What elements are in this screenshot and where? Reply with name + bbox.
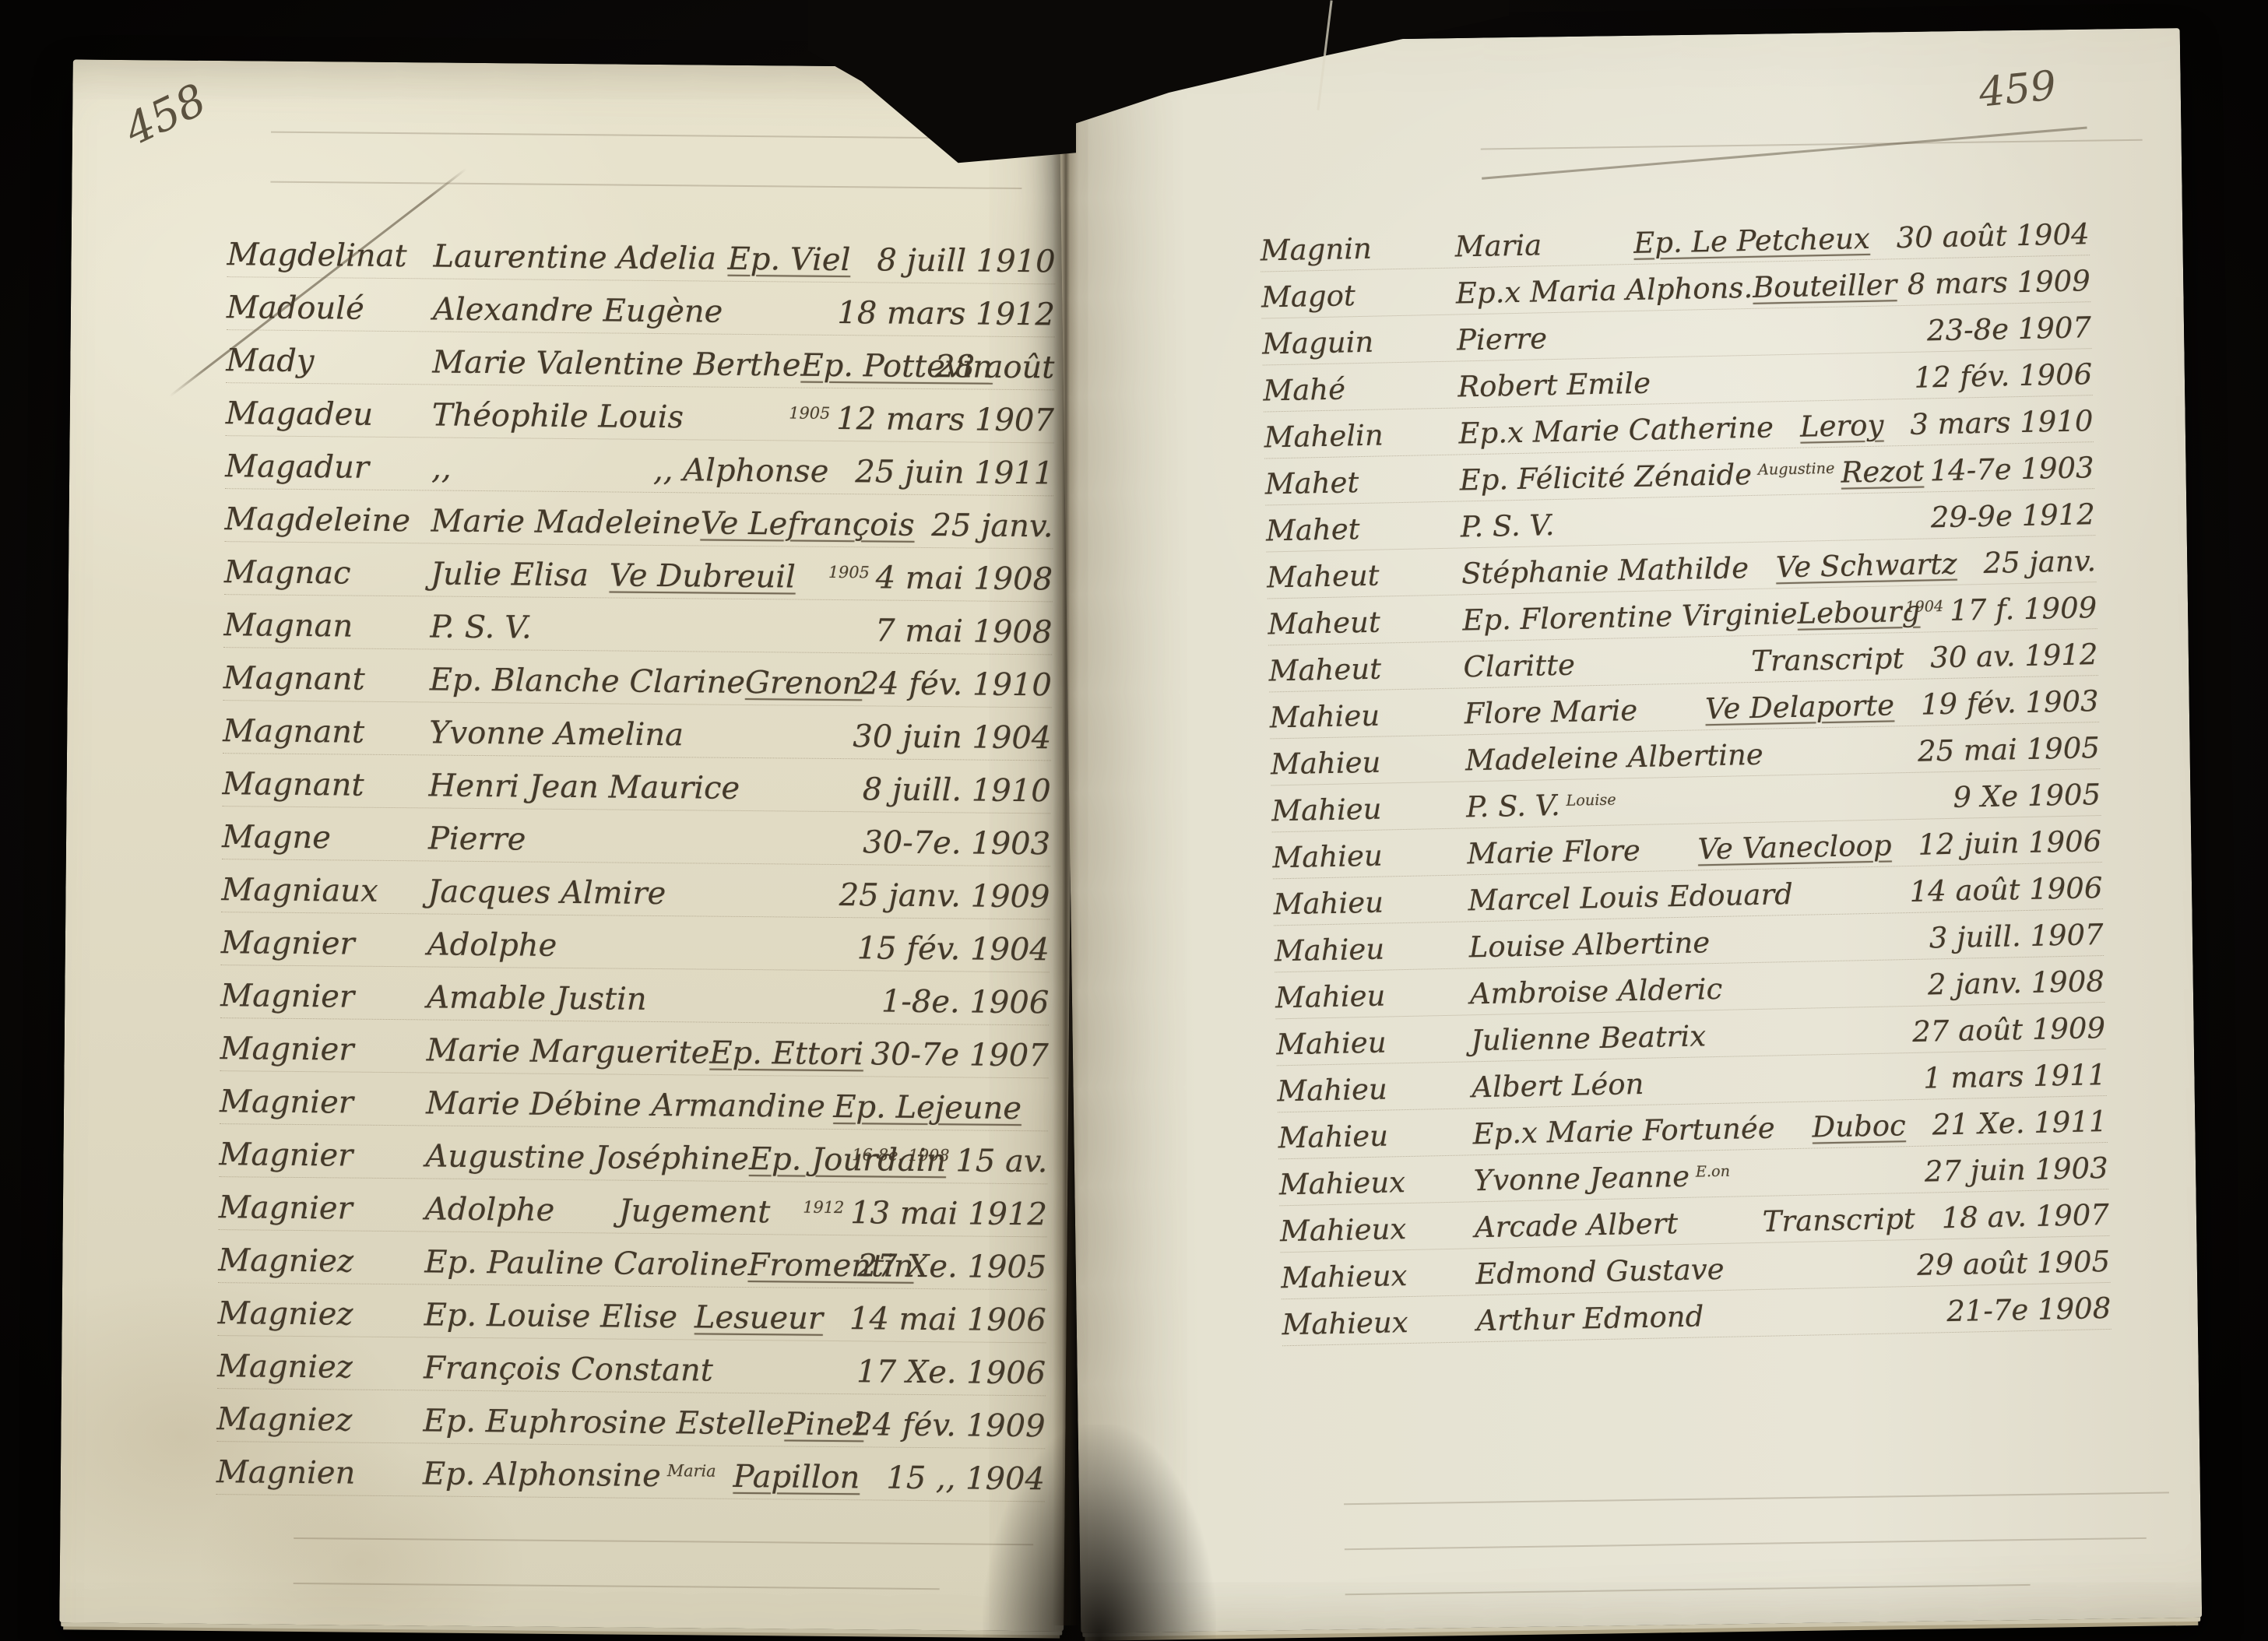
given-names: P. S. V.: [1460, 508, 1554, 543]
date: 30 av. 1912: [1930, 638, 2098, 674]
given-names: Ep. Louise Elise: [424, 1297, 678, 1335]
date: 8 juill. 1910: [863, 771, 1051, 809]
given-names: Jacques Almire: [427, 873, 666, 912]
date: 14 mai 1906: [849, 1301, 1046, 1338]
date: 7 mai 1908: [875, 613, 1053, 650]
spouse-or-note: Ep. Lejeune: [833, 1089, 1021, 1126]
date: 25 mai 1905: [1918, 731, 2101, 768]
date-cell: 18 mars 1912: [837, 295, 1055, 332]
superscript-annotation: Augustine: [1758, 459, 1835, 479]
entry-details: Ep.x Marie FortunéeDuboc: [1472, 1108, 1932, 1151]
given-names: Julienne Beatrix: [1471, 1019, 1707, 1057]
surname: Mady: [226, 343, 432, 380]
entry-details: Julie ElisaVe Dubreuil: [431, 556, 822, 595]
spouse-or-note: Ve Lefrançois: [700, 505, 915, 543]
given-names: ,,: [431, 450, 452, 486]
register-row: MagnierAdolpheJugement191213 mai 1912: [219, 1177, 1048, 1237]
surname: Magnan: [223, 607, 430, 645]
given-names: Yvonne Amelina: [429, 715, 684, 753]
surname: Magniez: [218, 1242, 424, 1280]
surname: Magne: [222, 819, 428, 856]
date-cell: 30 août 1904: [1896, 217, 2090, 255]
superscript-year: 1912: [803, 1198, 844, 1217]
entry-details: Pierre: [1457, 314, 1928, 357]
ruled-line: [270, 181, 1021, 189]
surname: Magdeleine: [224, 501, 431, 539]
spouse-or-note: Lesueur: [694, 1299, 823, 1336]
given-names: Ep. Euphrosine Estelle: [423, 1403, 784, 1442]
entry-details: Marcel Louis Edouard: [1468, 875, 1910, 917]
given-names: Amable Justin: [427, 979, 647, 1017]
given-names: Maria: [1454, 228, 1542, 263]
entry-details: Marie MargueriteEp. Ettori: [426, 1032, 870, 1072]
date-cell: 14 août 1906: [1909, 871, 2103, 908]
date-cell: 24 fév. 1909: [853, 1407, 1046, 1444]
entry-details: Amable Justin: [427, 979, 881, 1019]
surname: Magnac: [224, 554, 431, 592]
register-row: MagdelinatLaurentine AdeliaEp. Viel8 jui…: [227, 224, 1056, 284]
date-cell: 8 juill. 1910: [863, 771, 1051, 809]
date-cell: 29 août 1905: [1917, 1245, 2111, 1282]
register-row: MagnacJulie ElisaVe Dubreuil19054 mai 19…: [224, 542, 1053, 602]
surname: Mahieu: [1271, 743, 1466, 781]
given-names: Madeleine Albertine: [1465, 738, 1764, 778]
entry-details: Ep. Blanche ClarineGrenon: [430, 662, 860, 701]
date-cell: 21 Xe. 1911: [1932, 1105, 2108, 1142]
given-names: Henri Jean Maurice: [428, 768, 740, 806]
superscript-year: 1905: [789, 403, 830, 422]
register-rows-left: MagdelinatLaurentine AdeliaEp. Viel8 jui…: [216, 224, 1056, 1502]
surname: Magadur: [225, 448, 431, 486]
date: 12 fév. 1906: [1914, 357, 2092, 395]
surname: Magniez: [216, 1401, 423, 1439]
register-row: MadyMarie Valentine BertheEp. Pottevin28…: [226, 330, 1055, 390]
spouse-or-note: Transcript: [1762, 1202, 1915, 1239]
ruled-line: [294, 1537, 1033, 1545]
register-row: MagniezEp. Euphrosine EstellePinel24 fév…: [216, 1389, 1046, 1449]
entry-details: Ambroise Alderic: [1470, 968, 1929, 1011]
date-cell: 25 janv.: [1983, 544, 2096, 580]
date-cell: 8 mars 1909: [1907, 264, 2090, 301]
spouse-or-note: Ve Delaporte: [1705, 688, 1895, 726]
entry-details: Louise Albertine: [1468, 922, 1929, 965]
surname: Mahieux: [1280, 1211, 1475, 1248]
date: 30-7e. 1903: [863, 824, 1050, 862]
entry-details: Arthur Edmond: [1476, 1295, 1947, 1337]
date: 28 août: [935, 349, 1055, 385]
date: 27 juin 1903: [1925, 1151, 2109, 1189]
date: 4 mai 1908: [876, 560, 1053, 597]
given-names: Augustine Joséphine: [425, 1138, 749, 1177]
date-cell: 14-7e 1903: [1929, 451, 2094, 487]
register-row: MagnierAmable Justin1-8e. 1906: [220, 965, 1050, 1025]
spouse-or-note: Transcript: [1751, 641, 1904, 678]
right-page-number: 459: [1977, 62, 2059, 117]
date: 19 fév. 1903: [1921, 684, 2099, 722]
surname: Maheut: [1267, 557, 1462, 594]
given-names: P. S. V.: [1466, 789, 1560, 824]
register-row: MagniezEp. Louise EliseLesueur14 mai 190…: [217, 1283, 1046, 1343]
surname: Maheut: [1268, 603, 1463, 641]
date: 30 juin 1904: [853, 719, 1051, 756]
register-row: MagnienEp. AlphonsineMariaPapillon15 ,, …: [216, 1442, 1046, 1502]
date: 14-7e 1903: [1929, 451, 2094, 487]
date: 29 août 1905: [1917, 1245, 2111, 1282]
date-cell: 14 mai 1906: [849, 1301, 1046, 1338]
entry-details: Marie FloreVe Vanecloop: [1467, 828, 1918, 871]
date-cell: 191213 mai 1912: [796, 1195, 1047, 1233]
given-names: François Constant: [424, 1350, 713, 1388]
superscript-annotation: E.on: [1696, 1162, 1731, 1181]
given-names: Marie Madeleine: [431, 503, 700, 541]
given-names: Ep. Pauline Caroline: [424, 1244, 748, 1283]
right-page: 459 MagninMariaEp. Le Petcheux30 août 19…: [1059, 28, 2202, 1633]
surname: Magniez: [218, 1295, 424, 1333]
given-names: Marie Valentine Berthe: [432, 344, 800, 383]
register-row: MagnierMarie Débine ArmandineEp. Lejeune: [220, 1071, 1049, 1131]
entry-details: Edmond Gustave: [1475, 1249, 1918, 1291]
date: 30 août 1904: [1896, 217, 2090, 255]
spouse-or-note: Bouteiller: [1753, 268, 1897, 304]
given-names: P. S. V.: [430, 609, 532, 645]
given-names: Adolphe: [425, 1191, 555, 1228]
surname: Mahieux: [1282, 1304, 1477, 1341]
surname: Mahieu: [1277, 1070, 1472, 1108]
register-row: MagniezEp. Pauline CarolineFromentin27 X…: [218, 1230, 1047, 1290]
date-cell: 15 fév. 1904: [856, 930, 1050, 968]
date: 25 janv. 1909: [839, 877, 1050, 915]
date: 1-8e. 1906: [881, 984, 1050, 1021]
date: 9 Xe 1905: [1953, 778, 2101, 814]
date: 12 mars 1907: [836, 401, 1054, 438]
date: 15 fév. 1904: [856, 930, 1050, 968]
spouse-or-note: Jugement: [619, 1193, 771, 1231]
spouse-or-note: Papillon: [733, 1459, 860, 1495]
pen-underline-stroke: [1482, 127, 2087, 180]
register-row: MagnierAdolphe15 fév. 1904: [221, 912, 1050, 972]
register-row: MagnanP. S. V.7 mai 1908: [223, 595, 1053, 655]
given-names: Arthur Edmond: [1476, 1299, 1704, 1337]
given-names: Ep.x Marie Catherine: [1458, 410, 1774, 450]
register-book-photo: 458 MagdelinatLaurentine AdeliaEp. Viel8…: [0, 0, 2268, 1641]
date: 8 mars 1909: [1907, 264, 2090, 301]
given-names: Julie Elisa: [431, 556, 589, 593]
date: 21-7e 1908: [1946, 1291, 2112, 1328]
surname: Madoulé: [227, 290, 433, 327]
spouse-or-note: Rezot: [1841, 455, 1924, 490]
date-cell: 9 Xe 1905: [1953, 778, 2101, 814]
date: 14 août 1906: [1909, 871, 2103, 908]
date: 13 mai 1912: [850, 1195, 1047, 1232]
date: 25 janv.: [1983, 544, 2096, 580]
ruled-line: [271, 132, 1022, 139]
given-names: Edmond Gustave: [1475, 1253, 1725, 1291]
entry-details: Henri Jean Maurice: [428, 768, 862, 807]
given-names: Alexandre Eugène: [433, 291, 723, 329]
entry-details: Jacques Almire: [427, 873, 839, 913]
register-row: MagnePierre30-7e. 1903: [222, 806, 1051, 866]
date: 23-8e 1907: [1927, 311, 2092, 347]
entry-details: Arcade AlbertTranscript: [1475, 1201, 1943, 1244]
date-cell: 2 janv. 1908: [1928, 965, 2105, 1002]
date-cell: 25 janv. 1909: [839, 877, 1050, 915]
date-cell: 19 fév. 1903: [1921, 684, 2099, 722]
surname: Mahieu: [1271, 790, 1467, 828]
ruled-line: [1344, 1492, 2169, 1505]
surname: Mahieu: [1273, 884, 1468, 921]
surname: Mahelin: [1264, 417, 1459, 455]
entry-details: Marie MadeleineVe Lefrançois: [431, 503, 931, 543]
spouse-or-note: Ep. Ettori: [709, 1035, 863, 1073]
given-names: Ambroise Alderic: [1470, 972, 1723, 1011]
register-rows-right: MagninMariaEp. Le Petcheux30 août 1904Ma…: [1260, 209, 2112, 1346]
surname: Magnin: [1260, 230, 1455, 268]
given-names: Marie Marguerite: [426, 1032, 709, 1070]
entry-details: AdolpheJugement: [425, 1191, 797, 1230]
date: 21 Xe. 1911: [1932, 1105, 2108, 1142]
date-cell: 28 août: [935, 349, 1055, 385]
ruled-line: [1345, 1584, 2031, 1595]
register-row: Magadur,,,, Alphonse25 juin 1911: [225, 436, 1054, 496]
superscript-year: 1905: [828, 563, 870, 582]
left-page-number: 458: [117, 75, 213, 156]
register-row: MagnierMarie MargueriteEp. Ettori30-7e 1…: [220, 1018, 1049, 1078]
date: 12 juin 1906: [1918, 824, 2102, 862]
entry-details: Flore MarieVe Delaporte: [1464, 688, 1921, 731]
spouse-or-note: Grenon: [745, 665, 863, 701]
left-page: 458 MagdelinatLaurentine AdeliaEp. Viel8…: [59, 59, 1077, 1631]
given-names: Ep. Blanche Clarine: [430, 662, 746, 701]
surname: Mahieu: [1269, 697, 1465, 734]
date-cell: 190512 mars 1907: [782, 400, 1054, 438]
date: 30-7e 1907: [870, 1036, 1048, 1074]
given-names: Marcel Louis Edouard: [1468, 877, 1793, 917]
given-names: Laurentine Adelia: [433, 238, 716, 276]
date: 25 janv.: [931, 508, 1053, 544]
date-cell: 16-8e. 190815 av.: [846, 1142, 1048, 1179]
given-names: Ep.x Marie Fortunée: [1472, 1112, 1775, 1151]
entry-details: Yvonne JeanneE.on: [1473, 1155, 1925, 1198]
surname: Magnier: [220, 1031, 427, 1068]
spouse-or-note: Ep. Le Petcheux: [1633, 222, 1870, 260]
entry-details: Madeleine Albertine: [1465, 735, 1918, 778]
surname: Magnier: [219, 1137, 425, 1174]
superscript-year: 16-8e. 1908: [852, 1145, 949, 1165]
date: 18 mars 1912: [837, 295, 1055, 332]
entry-details: Ep. Pauline CarolineFromentin: [424, 1244, 857, 1284]
surname: Mahieu: [1276, 1024, 1472, 1061]
entry-details: Pierre: [428, 820, 863, 860]
date-cell: 3 juill. 1907: [1929, 918, 2104, 954]
spouse-or-note: Duboc: [1812, 1109, 1906, 1144]
surname: Mahieu: [1275, 977, 1471, 1014]
date-cell: 30-7e 1907: [870, 1036, 1048, 1074]
date-cell: 1-8e. 1906: [881, 984, 1050, 1021]
entry-details: Ep. Félicité ZénaideAugustineRezot: [1459, 454, 1930, 497]
given-names: Marie Débine Armandine: [426, 1085, 825, 1124]
date: 15 av.: [955, 1143, 1047, 1179]
surname: Magniaux: [221, 872, 427, 909]
date-cell: 30-7e. 1903: [863, 824, 1050, 862]
entry-details: Julienne Beatrix: [1471, 1015, 1913, 1057]
given-names: Yvonne Jeanne: [1473, 1160, 1690, 1198]
date-cell: 1 mars 1911: [1923, 1058, 2107, 1095]
surname: Magnant: [222, 766, 428, 803]
entry-details: Albert Léon: [1472, 1062, 1924, 1105]
surname: Magadeu: [226, 395, 432, 433]
date-cell: 17 Xe. 1906: [856, 1354, 1046, 1391]
date-cell: 23-8e 1907: [1927, 311, 2092, 347]
date: 17 f. 1909: [1950, 591, 2097, 627]
ruled-line: [1481, 139, 2143, 150]
entry-details: P. S. V.: [1460, 501, 1931, 543]
date: 8 juill 1910: [877, 242, 1056, 279]
date-cell: 30 juin 1904: [853, 719, 1051, 756]
entry-details: Ep. Florentine VirginieLebourg: [1462, 595, 1900, 637]
date: 29-9e 1912: [1930, 497, 2095, 534]
superscript-year: 1904: [1905, 597, 1943, 616]
date-cell: 8 juill 1910: [877, 242, 1056, 279]
date: 17 Xe. 1906: [856, 1354, 1046, 1391]
entry-details: Alexandre Eugène: [433, 291, 838, 331]
date: 27 août 1909: [1912, 1011, 2106, 1049]
given-names: Robert Emile: [1457, 367, 1651, 404]
register-row: MagdeleineMarie MadeleineVe Lefrançois25…: [224, 489, 1053, 549]
date: 15 ,, 1904: [886, 1460, 1045, 1498]
surname: Maheut: [1268, 650, 1464, 687]
date-cell: 25 janv.: [931, 508, 1053, 544]
surname: Mahieu: [1274, 930, 1469, 968]
date-cell: 24 fév. 1910: [859, 666, 1052, 703]
entry-details: MariaEp. Le Petcheux: [1454, 221, 1897, 263]
surname: Maguin: [1262, 324, 1457, 361]
ruled-line: [294, 1583, 940, 1590]
surname: Mahet: [1264, 463, 1460, 501]
entry-details: Laurentine AdeliaEp. Viel: [433, 238, 877, 278]
date-cell: 7 mai 1908: [875, 613, 1053, 650]
date-cell: 25 mai 1905: [1918, 731, 2101, 768]
entry-details: Marie Débine ArmandineEp. Lejeune: [426, 1085, 1048, 1126]
entry-details: Marie Valentine BertheEp. Pottevin: [432, 344, 935, 385]
date-cell: 12 fév. 1906: [1914, 357, 2092, 395]
surname: Mahieux: [1281, 1257, 1476, 1295]
date: 25 juin 1911: [855, 454, 1053, 491]
register-row: MagnierAugustine JoséphineEp. Jourdain16…: [219, 1124, 1048, 1184]
surname: Mahet: [1266, 510, 1461, 547]
date: 27 Xe. 1905: [857, 1248, 1046, 1285]
date-cell: 12 juin 1906: [1918, 824, 2102, 862]
entry-details: Augustine JoséphineEp. Jourdain: [425, 1138, 846, 1178]
given-names: Ep.x Maria Alphons.: [1455, 271, 1753, 311]
surname: Mahé: [1263, 371, 1458, 408]
surname: Magnier: [221, 925, 427, 962]
register-row: MagnantEp. Blanche ClarineGrenon24 fév. …: [223, 648, 1053, 708]
surname: Magniez: [217, 1348, 424, 1386]
given-names: Louise Albertine: [1468, 926, 1710, 964]
spouse-or-note: ,, Alphonse: [653, 452, 829, 490]
date: 3 juill. 1907: [1929, 918, 2104, 954]
given-names: Pierre: [428, 820, 526, 857]
surname: Magdelinat: [227, 237, 433, 274]
given-names: Ep. Félicité Zénaide: [1459, 458, 1752, 497]
spouse-or-note: Ep. Viel: [727, 241, 850, 278]
date: 3 mars 1910: [1910, 404, 2094, 441]
entry-details: Robert Emile: [1457, 361, 1915, 404]
register-row: MadouléAlexandre Eugène18 mars 1912: [227, 277, 1056, 337]
entry-details: ClaritteTranscript: [1463, 641, 1931, 683]
date-cell: 27 juin 1903: [1925, 1151, 2109, 1189]
date-cell: 21-7e 1908: [1946, 1291, 2112, 1328]
given-names: Ep. Alphonsine: [423, 1456, 661, 1494]
entry-details: Ep.x Marie CatherineLeroy: [1458, 408, 1911, 451]
superscript-annotation: Maria: [667, 1461, 716, 1481]
spouse-or-note: Ve Dubreuil: [609, 557, 796, 595]
entry-details: Adolphe: [427, 926, 857, 966]
entry-details: Théophile Louis: [432, 397, 783, 436]
date-cell: 25 juin 1911: [855, 454, 1053, 491]
entry-details: Ep. Euphrosine EstellePinel: [423, 1403, 853, 1442]
given-names: Stéphanie Mathilde: [1461, 551, 1749, 590]
surname: Magnier: [220, 1084, 426, 1121]
surname: Magnier: [219, 1189, 425, 1227]
date-cell: 30 av. 1912: [1930, 638, 2098, 674]
given-names: Théophile Louis: [432, 397, 684, 435]
surname: Magnier: [220, 978, 427, 1015]
date-cell: 19054 mai 1908: [822, 560, 1053, 598]
date-cell: 190417 f. 1909: [1899, 591, 2097, 628]
date: 2 janv. 1908: [1928, 965, 2105, 1002]
spouse-or-note: Ve Schwartz: [1775, 547, 1957, 585]
surname: Magnant: [223, 660, 430, 698]
date-cell: 18 av. 1907: [1941, 1198, 2109, 1235]
surname: Mahieux: [1278, 1164, 1474, 1201]
spouse-or-note: Ve Vanecloop: [1697, 828, 1892, 866]
surname: Magnant: [223, 713, 429, 750]
register-row: MagnantYvonne Amelina30 juin 1904: [223, 701, 1052, 761]
given-names: Albert Léon: [1472, 1067, 1644, 1104]
date: 24 fév. 1909: [853, 1407, 1046, 1444]
given-names: Claritte: [1463, 648, 1575, 684]
entry-details: Yvonne Amelina: [429, 715, 853, 754]
entry-details: P. S. V.Louise: [1466, 781, 1953, 824]
entry-details: Ep.x Maria Alphons.Bouteiller: [1455, 268, 1908, 311]
register-row: MagadeuThéophile Louis190512 mars 1907: [226, 383, 1055, 443]
given-names: Pierre: [1457, 322, 1548, 357]
date: 18 av. 1907: [1941, 1198, 2109, 1235]
entry-details: Ep. AlphonsineMariaPapillon: [423, 1456, 887, 1495]
date-cell: 27 Xe. 1905: [857, 1248, 1046, 1285]
ruled-line: [1345, 1537, 2147, 1550]
entry-details: ,,,, Alphonse: [431, 450, 856, 490]
given-names: Adolphe: [427, 926, 557, 963]
surname: Mahieu: [1272, 837, 1468, 874]
date-cell: 15 ,, 1904: [886, 1460, 1045, 1498]
given-names: Marie Flore: [1467, 834, 1640, 870]
entry-details: François Constant: [424, 1350, 856, 1390]
superscript-annotation: Louise: [1566, 791, 1616, 810]
spouse-or-note: Leroy: [1800, 409, 1884, 444]
date-cell: 3 mars 1910: [1910, 404, 2094, 441]
surname: Mahieu: [1278, 1117, 1473, 1154]
date: 24 fév. 1910: [859, 666, 1052, 703]
surname: Magot: [1261, 277, 1457, 314]
entry-details: P. S. V.: [430, 609, 875, 648]
register-row: MagniezFrançois Constant17 Xe. 1906: [217, 1336, 1046, 1396]
surname: Magnien: [216, 1454, 423, 1492]
date-cell: 29-9e 1912: [1930, 497, 2095, 534]
entry-details: Stéphanie MathildeVe Schwartz: [1461, 546, 1984, 590]
given-names: Ep. Florentine Virginie: [1462, 597, 1798, 638]
